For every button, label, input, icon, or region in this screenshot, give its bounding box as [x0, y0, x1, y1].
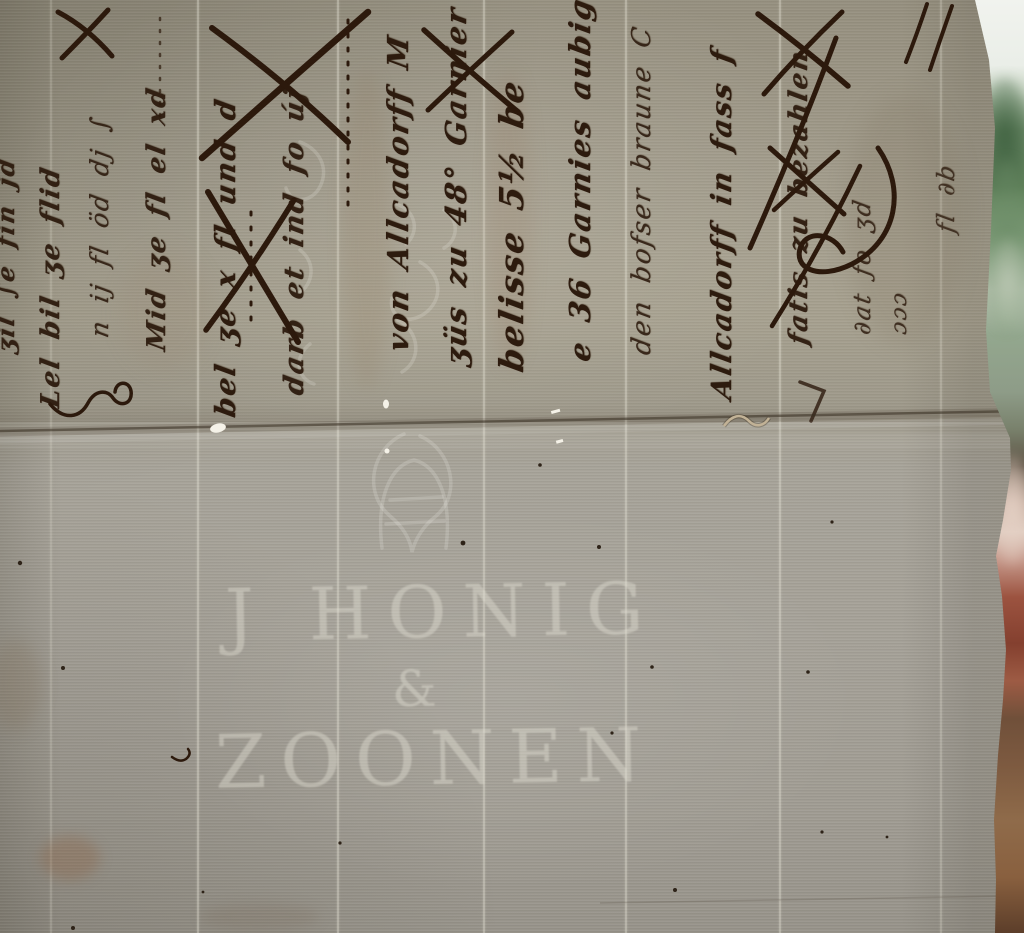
ink-flecks — [18, 463, 889, 930]
ink-strokes-layer — [0, 0, 1024, 933]
manuscript-paper: J HONIG & ZOONEN ʒil ∫e fin jd Lel bil ʒ… — [0, 0, 1024, 933]
photo-of-manuscript: J HONIG & ZOONEN ʒil ∫e fin jd Lel bil ʒ… — [0, 0, 1024, 933]
sky-gap — [988, 238, 1024, 328]
